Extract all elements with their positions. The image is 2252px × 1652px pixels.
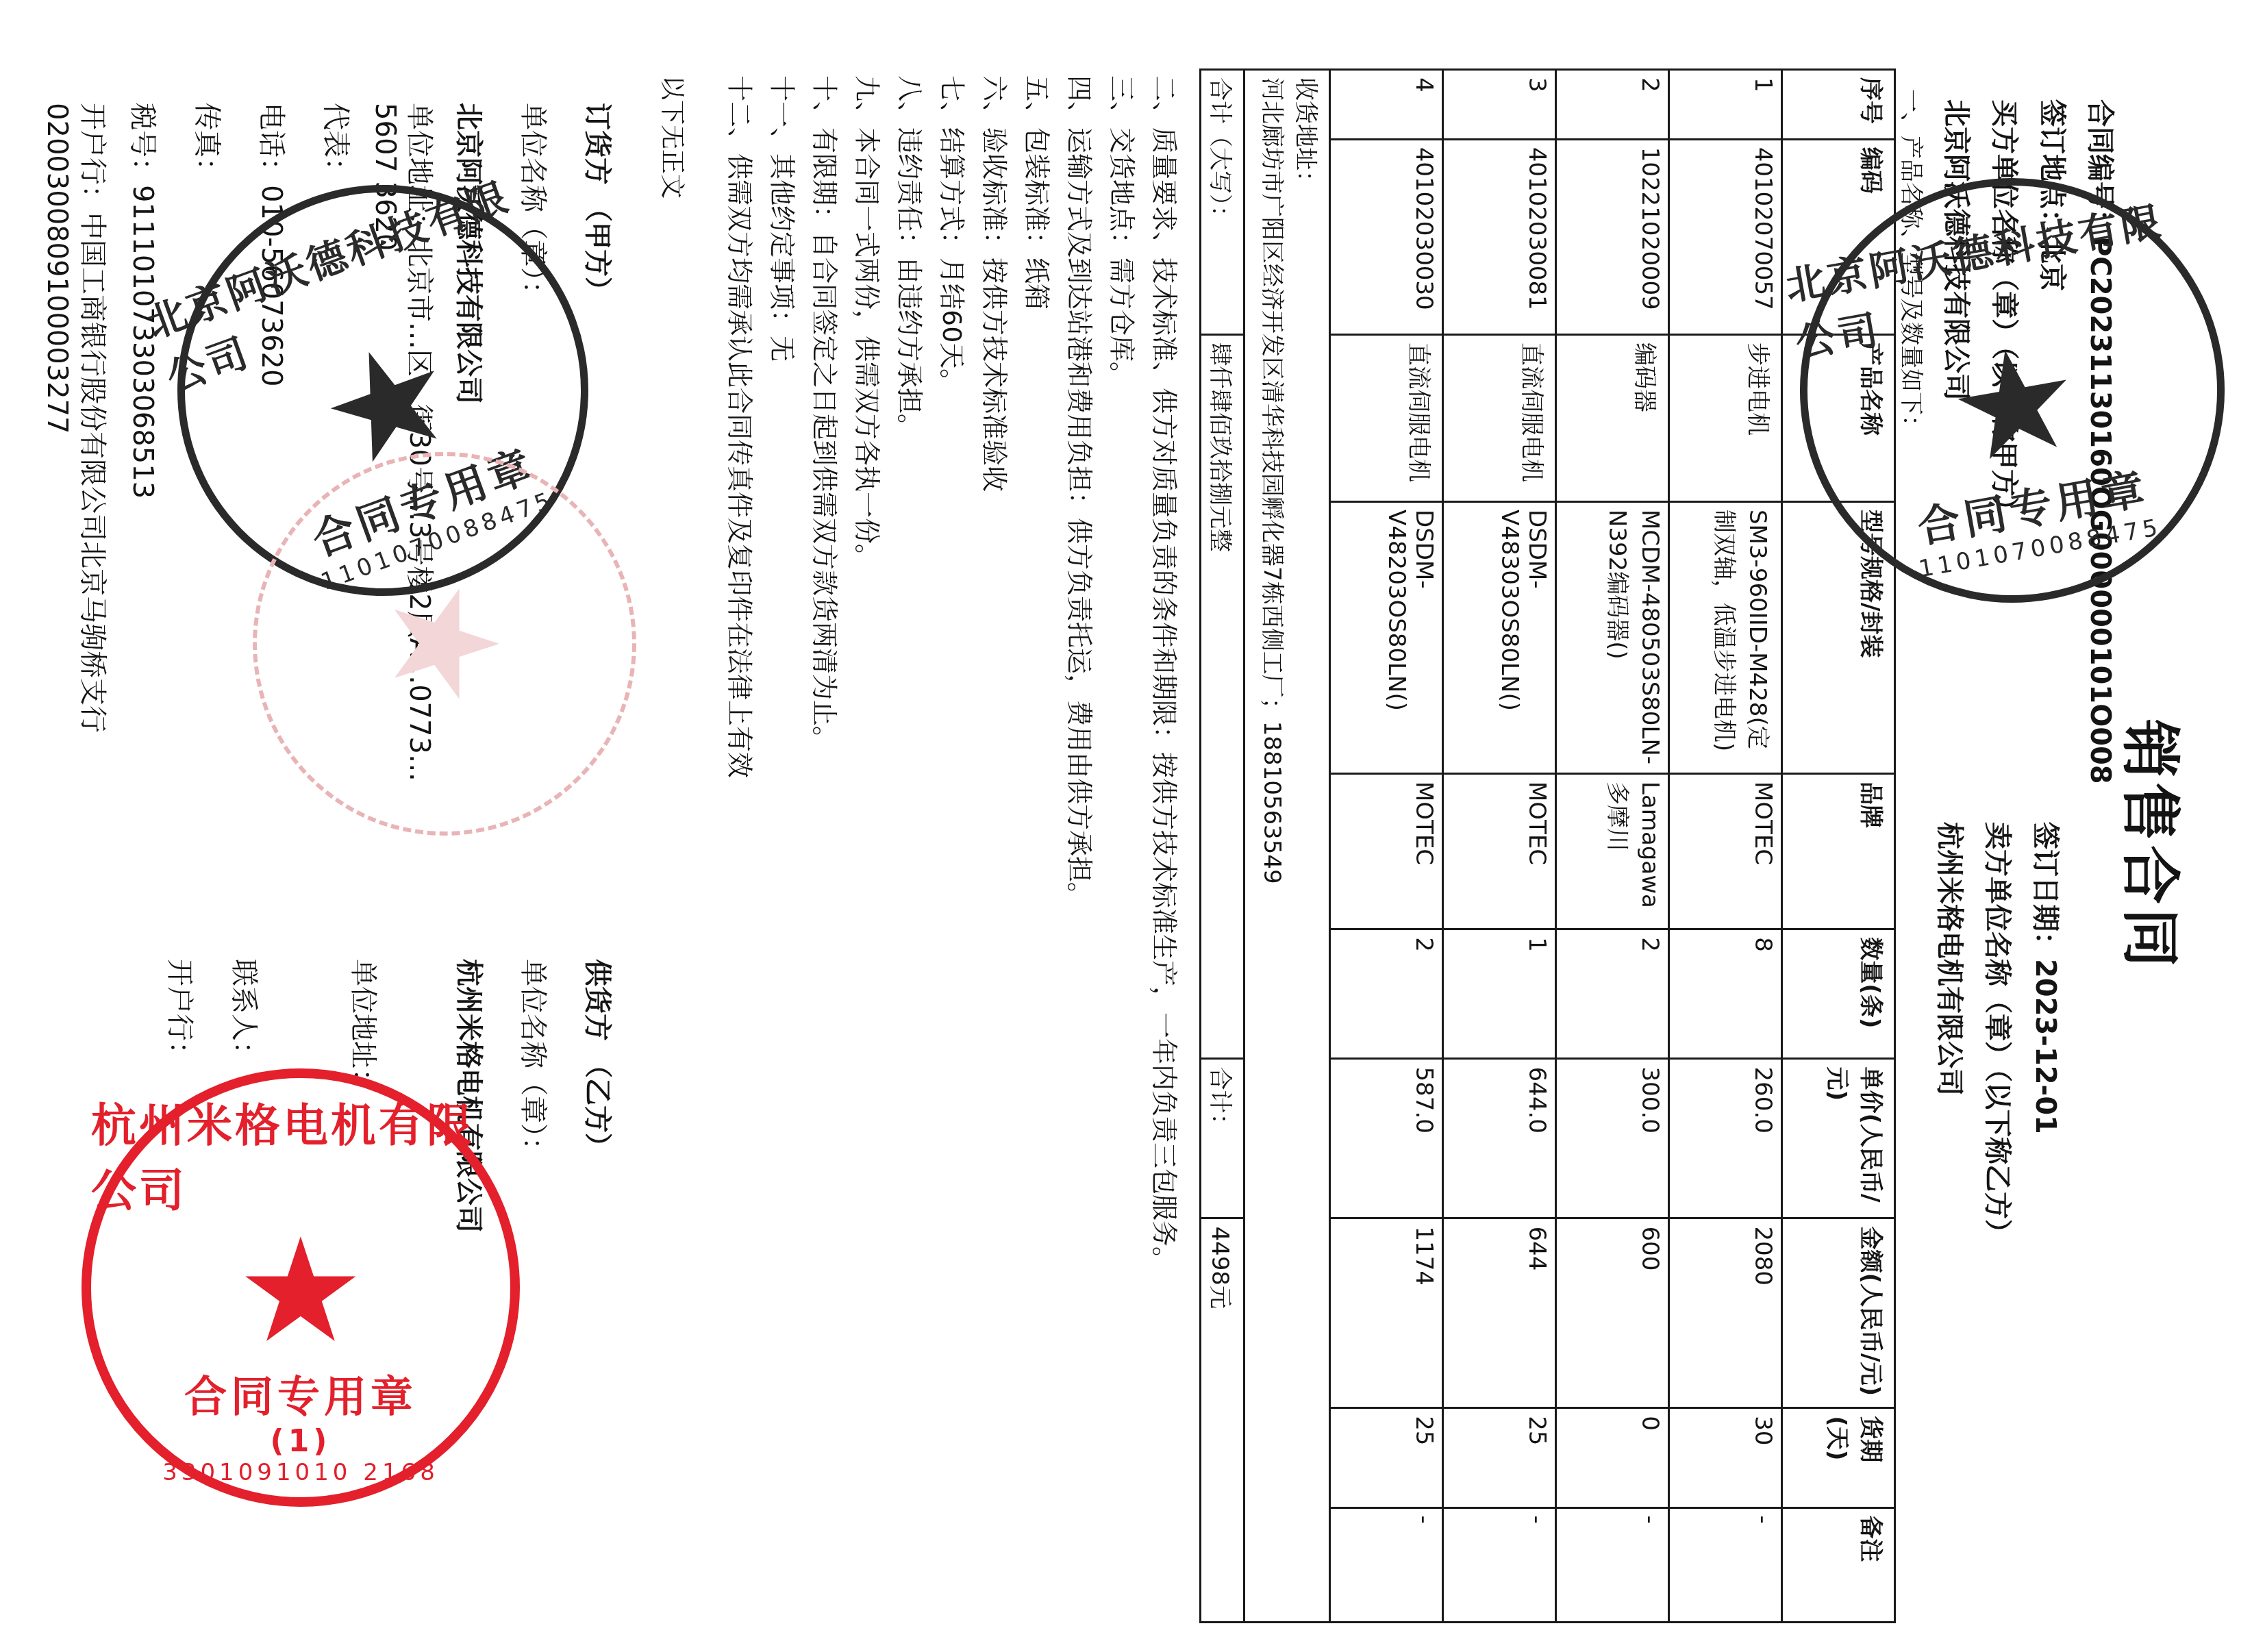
- delivery-address: 河北廊坊市广阳区经济开发区清华科技园孵化器7栋西侧工厂；18810563549: [1258, 77, 1291, 1614]
- cell-name: 直流伺服电机: [1443, 335, 1556, 502]
- table-row: 340102030081直流伺服电机DSDM-V48303OS80LN()MOT…: [1443, 70, 1556, 1623]
- cell-lead: 25: [1443, 1408, 1556, 1507]
- faded-stamp: ★: [253, 452, 636, 836]
- cell-spec: SM3-960IID-M428(定制双轴，低温步进电机): [1669, 502, 1782, 774]
- delivery-label: 收货地址：: [1291, 77, 1325, 1614]
- cell-name: 步进电机: [1669, 335, 1782, 502]
- cell-amount: 600: [1556, 1218, 1669, 1408]
- clause-item: 八、违约责任：由违约方承担。: [888, 75, 931, 1273]
- buyer-tax: 911101073303068513: [127, 185, 158, 499]
- document-title: 销售合同: [2112, 719, 2197, 971]
- col-lead: 货期(天): [1782, 1408, 1895, 1507]
- cell-brand: MOTEC: [1443, 774, 1556, 929]
- table-row: 210221020009编码器MCDM-480503S80LN-N392编码器(…: [1556, 70, 1669, 1623]
- clause-item: 七、结算方式：月结60天。: [931, 75, 973, 1273]
- clause-item: 九、本合同一式两份，供需双方各执一份。: [846, 75, 888, 1273]
- cell-price: 300.0: [1556, 1059, 1669, 1218]
- clause-item: 十、有限期：自合同签定之日起到供需双方款货两清为止。: [803, 75, 846, 1273]
- cell-amount: 1174: [1330, 1218, 1443, 1408]
- cell-no: 2: [1556, 70, 1669, 140]
- clause-item: 六、验收标准：按供方技术标准验收: [973, 75, 1016, 1273]
- end-note: 以下无正文: [656, 75, 691, 199]
- seller-contract-stamp: 杭州米格电机有限公司 ★ 合同专用章 (1) 3301091010 2168: [82, 1068, 520, 1507]
- cell-price: 260.0: [1669, 1059, 1782, 1218]
- col-no: 序号: [1782, 70, 1895, 140]
- sign-date-value: 2023-12-01: [2029, 959, 2061, 1134]
- buyer-bank-label: 开户行：: [77, 103, 108, 212]
- cell-no: 3: [1443, 70, 1556, 140]
- cell-brand: MOTEC: [1330, 774, 1443, 929]
- clause-item: 十一、其他约定事项：无: [761, 75, 803, 1273]
- buyer-rep-label: 代表：: [320, 103, 351, 185]
- col-amount: 金额(人民币/元): [1782, 1218, 1895, 1408]
- seller-name: 杭州米格电机有限公司: [1932, 822, 1971, 1096]
- cell-remark: -: [1443, 1507, 1556, 1622]
- cell-no: 1: [1669, 70, 1782, 140]
- cell-qty: 2: [1556, 929, 1669, 1059]
- cell-lead: 0: [1556, 1408, 1669, 1507]
- cell-remark: -: [1330, 1507, 1443, 1622]
- contract-clauses: 二、质量要求、技术标准、供方对质量负责的条件和期限：按供方技术标准生产，一年内负…: [718, 75, 1186, 1273]
- cell-qty: 2: [1330, 929, 1443, 1059]
- cell-remark: -: [1556, 1507, 1669, 1622]
- sign-date-label: 签订日期：: [2029, 822, 2061, 959]
- cell-spec: DSDM-V48303OS80LN(): [1443, 502, 1556, 774]
- star-icon: ★: [373, 579, 516, 708]
- sign-date: 签订日期：2023-12-01: [2028, 822, 2067, 1134]
- table-row: 440102030030直流伺服电机DSDM-V48203OS80LN()MOT…: [1330, 70, 1443, 1623]
- total-caps-value: 肆仟肆佰玖拾捌元整: [1201, 335, 1244, 1059]
- cell-qty: 8: [1669, 929, 1782, 1059]
- seller-heading: 供货方 （乙方）: [565, 959, 629, 1610]
- cell-remark: -: [1669, 1507, 1782, 1622]
- col-remark: 备注: [1782, 1507, 1895, 1622]
- cell-price: 644.0: [1443, 1059, 1556, 1218]
- cell-lead: 25: [1330, 1408, 1443, 1507]
- buyer-fax-label: 传真：: [191, 103, 223, 185]
- stamp-ring-text: 杭州米格电机有限公司: [91, 1089, 510, 1219]
- star-icon: ★: [236, 1219, 365, 1363]
- seller-label: 卖方单位名称（章）（以下称乙方）: [1980, 822, 2019, 1247]
- buyer-phone-label: 电话：: [255, 103, 287, 185]
- cell-code: 40102070057: [1669, 139, 1782, 334]
- stamp-code: 3301091010 2168: [162, 1459, 439, 1486]
- cell-name: 编码器: [1556, 335, 1669, 502]
- cell-brand: MOTEC: [1669, 774, 1782, 929]
- cell-code: 10221020009: [1556, 139, 1669, 334]
- sales-contract-page: 销售合同 合同编号：PC20231130160OG000000101O008 签…: [0, 0, 2252, 1652]
- buyer-tax-label: 税号：: [127, 103, 158, 185]
- total-caps-label: 合计（大写）：: [1201, 70, 1244, 335]
- cell-lead: 30: [1669, 1408, 1782, 1507]
- col-qty: 数量(条): [1782, 929, 1895, 1059]
- cell-brand: Lamagawa多摩川: [1556, 774, 1669, 929]
- cell-amount: 2080: [1669, 1218, 1782, 1408]
- total-label: 合计：: [1201, 1059, 1244, 1218]
- clause-item: 五、包装标准：纸箱: [1016, 75, 1058, 1273]
- stamp-use-text: 合同专用章: [184, 1363, 417, 1424]
- col-brand: 品牌: [1782, 774, 1895, 929]
- cell-spec: DSDM-V48203OS80LN(): [1330, 502, 1443, 774]
- clause-item: 三、交货地点：需方仓库。: [1101, 75, 1143, 1273]
- col-price: 单价(人民币/元): [1782, 1059, 1895, 1218]
- clause-item: 四、运输方式及到达站港和费用负担：供方负责托运，费用由供方承担。: [1058, 75, 1101, 1273]
- delivery-row: 收货地址： 河北廊坊市广阳区经济开发区清华科技园孵化器7栋西侧工厂；188105…: [1244, 70, 1330, 1623]
- total-value: 4498元: [1201, 1218, 1244, 1623]
- star-icon: ★: [1938, 321, 2090, 486]
- clause-item: 十二、供需双方均需承认此合同传真件及复印件在法律上有效: [718, 75, 761, 1273]
- cell-price: 587.0: [1330, 1059, 1443, 1218]
- stamp-sub-text: (1): [271, 1424, 331, 1459]
- cell-amount: 644: [1443, 1218, 1556, 1408]
- cell-code: 40102030081: [1443, 139, 1556, 334]
- total-row: 合计（大写）： 肆仟肆佰玖拾捌元整 合计： 4498元: [1201, 70, 1244, 1623]
- cell-spec: MCDM-480503S80LN-N392编码器(): [1556, 502, 1669, 774]
- cell-no: 4: [1330, 70, 1443, 140]
- cell-code: 40102030030: [1330, 139, 1443, 334]
- cell-name: 直流伺服电机: [1330, 335, 1443, 502]
- cell-qty: 1: [1443, 929, 1556, 1059]
- table-row: 140102070057步进电机SM3-960IID-M428(定制双轴，低温步…: [1669, 70, 1782, 1623]
- clause-item: 二、质量要求、技术标准、供方对质量负责的条件和期限：按供方技术标准生产，一年内负…: [1143, 75, 1186, 1273]
